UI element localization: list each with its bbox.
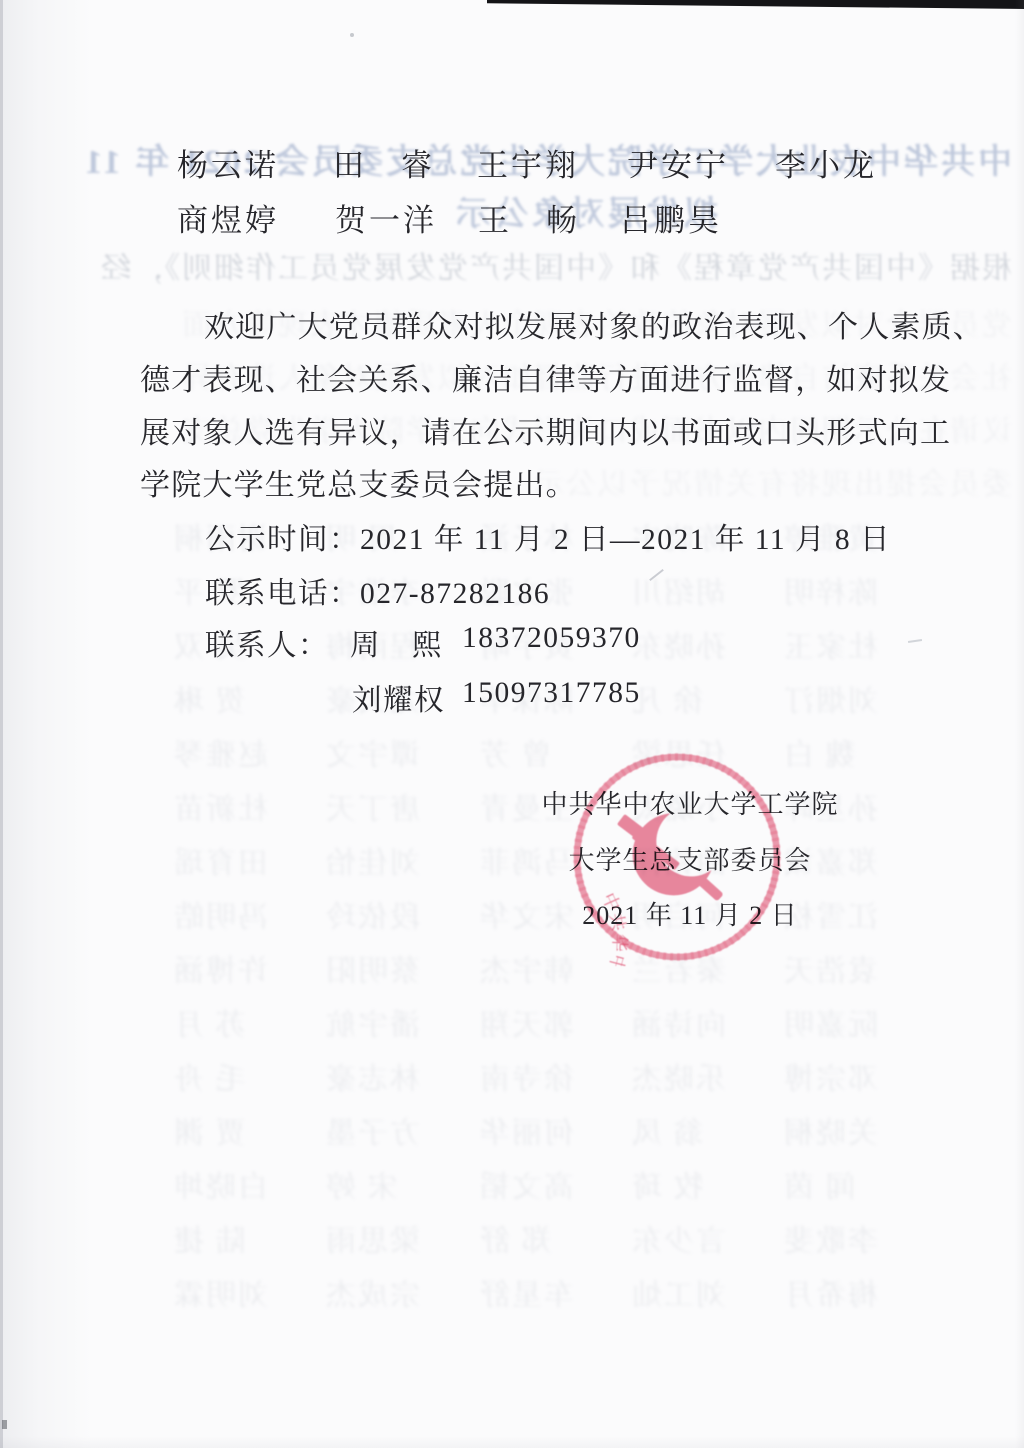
bleedthrough-name: 牧 琦 [630, 1162, 704, 1206]
bleedthrough-name: 陆 捷 [172, 1216, 246, 1260]
scanner-black-strip [487, 0, 1024, 9]
body-text-line: 德才表现、社会关系、廉洁自律等方面进行监督，如对拟发 [140, 355, 951, 399]
bleedthrough-name: 乐晓杰 [630, 1054, 726, 1098]
bleedthrough-name: 闻 茵 [782, 1162, 856, 1206]
bleedthrough-name: 关晓桐 [782, 1108, 878, 1152]
bleedthrough-name: 潘宇航 [324, 1000, 420, 1044]
bleedthrough-name: 毛 舟 [172, 1054, 246, 1098]
bleedthrough-name: 刘佳怡 [324, 838, 420, 882]
bleedthrough-name: 徐寺南 [478, 1054, 574, 1098]
bleedthrough-name: 孙晓东 [630, 622, 726, 666]
body-text-line: 欢迎广大党员群众对拟发展对象的政治表现、个人素质、 [204, 302, 984, 346]
contact-person-name: 刘耀权 [352, 677, 445, 719]
bleedthrough-name: 胡绍川 [630, 568, 726, 612]
bleedthrough-name: 郑 舒 [478, 1216, 552, 1260]
hammer-and-sickle-icon [616, 805, 725, 912]
bleedthrough-name: 刘明霖 [172, 1270, 268, 1314]
scan-speck [350, 33, 354, 37]
bleedthrough-name: 刘烟汀 [782, 676, 878, 720]
left-edge-shadow [0, 0, 92, 1448]
contact-person-phone: 18372059370 [462, 622, 641, 655]
bleedthrough-sentence: 根据《中国共产党章程》和《中国共产党发展党员工作细则》，经 [86, 243, 1012, 287]
scan-speck [2, 1420, 7, 1429]
right-edge-shadow [1015, 0, 1024, 1448]
official-red-seal: 中共华中农业大学工学院大学生总支部委员会 [568, 748, 786, 966]
scan-scratch [649, 569, 664, 581]
bleedthrough-name: 曾 芳 [478, 730, 552, 774]
candidate-name: 商煜婷 [177, 195, 279, 240]
bleedthrough-name: 方子墨 [324, 1108, 420, 1152]
bleedthrough-name: 赵雅琴 [172, 730, 268, 774]
seal-svg: 中共华中农业大学工学院大学生总支部委员会 [568, 748, 786, 966]
bleedthrough-name: 徐 凡 [630, 676, 704, 720]
bleedthrough-name: 苏 月 [172, 1000, 246, 1044]
contact-person-name: 周 熙 [350, 622, 443, 664]
bleedthrough-name: 韩宇杰 [478, 946, 574, 990]
bleedthrough-name: 袁浩天 [782, 946, 878, 990]
bleedthrough-name: 刘工灿 [630, 1270, 726, 1314]
candidate-name: 贺一洋 [335, 195, 437, 240]
bleedthrough-name: 梅希月 [782, 1270, 878, 1314]
bleedthrough-name: 何丽华 [478, 1108, 574, 1152]
candidate-name: 尹安宁 [627, 140, 729, 185]
bleedthrough-name: 邓宗博 [782, 1054, 878, 1098]
candidate-name: 田 睿 [333, 140, 435, 185]
bleedthrough-name: 唐丁天 [324, 784, 420, 828]
contact-label: 联系人： [205, 622, 329, 664]
bleedthrough-name: 谭宇文 [324, 730, 420, 774]
bleedthrough-name: 梁思雨 [324, 1216, 420, 1260]
bleedthrough-name: 冯明皓 [172, 892, 268, 936]
bleedthrough-name: 许博涵 [172, 946, 268, 990]
bleedthrough-name: 段依玲 [324, 892, 420, 936]
body-text-line: 学院大学生党总支委员会提出。 [140, 460, 577, 504]
bleedthrough-name: 宗成杰 [324, 1270, 420, 1314]
bleedthrough-name: 贾 渊 [172, 1108, 246, 1152]
bleedthrough-name: 宋 婷 [324, 1162, 398, 1206]
contact-person-phone: 15097317785 [462, 677, 641, 710]
bottom-edge-shadow [0, 1436, 1024, 1448]
scan-scratch [908, 639, 922, 643]
bleedthrough-name: 蔡明阳 [324, 946, 420, 990]
bleedthrough-name: 言少东 [630, 1216, 726, 1260]
body-text-line: 展对象人选有异议，请在公示期间内以书面或口头形式向工 [140, 408, 951, 452]
bleedthrough-name: 车星舒 [478, 1270, 574, 1314]
candidate-name: 吕鹏昊 [620, 195, 722, 240]
bleedthrough-name: 高文韬 [478, 1162, 574, 1206]
notice-period: 公示时间：2021 年 11 月 2 日—2021 年 11 月 8 日 [205, 516, 891, 558]
bleedthrough-name: 阮嘉明 [782, 1000, 878, 1044]
bleedthrough-name: 翁 凤 [630, 1108, 704, 1152]
candidate-name: 王宇翔 [477, 140, 579, 185]
bleedthrough-name: 郭天翔 [478, 1000, 574, 1044]
bleedthrough-name: 杜家玉 [782, 622, 878, 666]
bleedthrough-name: 田育瑶 [172, 838, 268, 882]
bleedthrough-name: 贺 琳 [172, 676, 246, 720]
bleedthrough-name: 林志豪 [324, 1054, 420, 1098]
scanned-document-page: 中共华中农业大学工学院大学生党总支委员会 2021 年 11 月 拟发展对象公示… [0, 0, 1024, 1448]
candidate-name: 李小龙 [775, 140, 877, 185]
candidate-name: 王 畅 [478, 195, 580, 240]
candidate-name: 杨云诺 [177, 140, 279, 185]
bleedthrough-name: 白晓坤 [172, 1162, 268, 1206]
bleedthrough-name: 陈梓明 [782, 568, 878, 612]
contact-phone-line: 联系电话：027-87282186 [205, 570, 550, 612]
bleedthrough-name: 魏 白 [782, 730, 856, 774]
left-edge-line [0, 0, 3, 1448]
bleedthrough-name: 杜新苗 [172, 784, 268, 828]
bleedthrough-name: 李歌斐 [782, 1216, 878, 1260]
bleedthrough-name: 向诗涵 [630, 1000, 726, 1044]
